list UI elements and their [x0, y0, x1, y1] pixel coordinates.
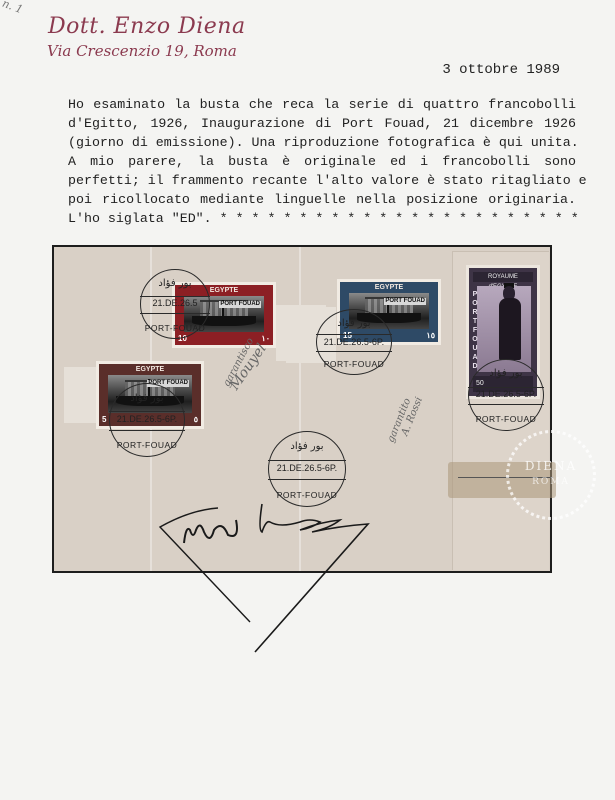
- body-line: poi ricollocato mediante linguelle nella…: [68, 190, 576, 209]
- body-line: L'ho siglata "ED". * * * * * * * * * * *…: [68, 209, 576, 228]
- postmark: بور فؤاد 21.DE.26.5 PORT-FOUAD: [140, 269, 210, 339]
- diena-emboss-seal: DIENA ROMA: [506, 430, 596, 520]
- letterhead-name: Dott. Enzo Diena: [48, 14, 246, 40]
- postmark: بور فؤاد 21.DE.26.5-6P. PORT-FOUAD: [316, 309, 392, 375]
- body-line: d'Egitto, 1926, Inaugurazione di Port Fo…: [68, 114, 576, 133]
- postmark: بور فؤاد 21.DE.26.5-6P. PORT-FOUAD: [268, 431, 346, 507]
- selvage-5: [64, 367, 100, 423]
- body-line: perfetti; il frammento recante l'alto va…: [68, 171, 576, 190]
- corner-note: n. 1: [0, 0, 24, 16]
- postmark: بور فؤاد 21.DE.26.5-6P. PORT-FOUAD: [468, 359, 544, 431]
- body-line: A mio parere, la busta è originale ed i …: [68, 152, 576, 171]
- cover-photo: EGYPTE PORT FOUAD 10 ١٠ EGYPTE PORT FOUA…: [52, 245, 552, 573]
- body-line: (giorno di emissione). Una riproduzione …: [68, 133, 576, 152]
- certificate-date: 3 ottobre 1989: [442, 62, 560, 78]
- letterhead: Dott. Enzo Diena Via Crescenzio 19, Roma: [48, 14, 246, 60]
- body-line: Ho esaminato la busta che reca la serie …: [68, 95, 576, 114]
- postmark: بور فؤاد 21.DE.26.5-6P. PORT-FOUAD: [109, 383, 185, 457]
- letterhead-address: Via Crescenzio 19, Roma: [47, 42, 246, 60]
- fold-line: [299, 247, 301, 571]
- certificate-body: Ho esaminato la busta che reca la serie …: [68, 95, 576, 228]
